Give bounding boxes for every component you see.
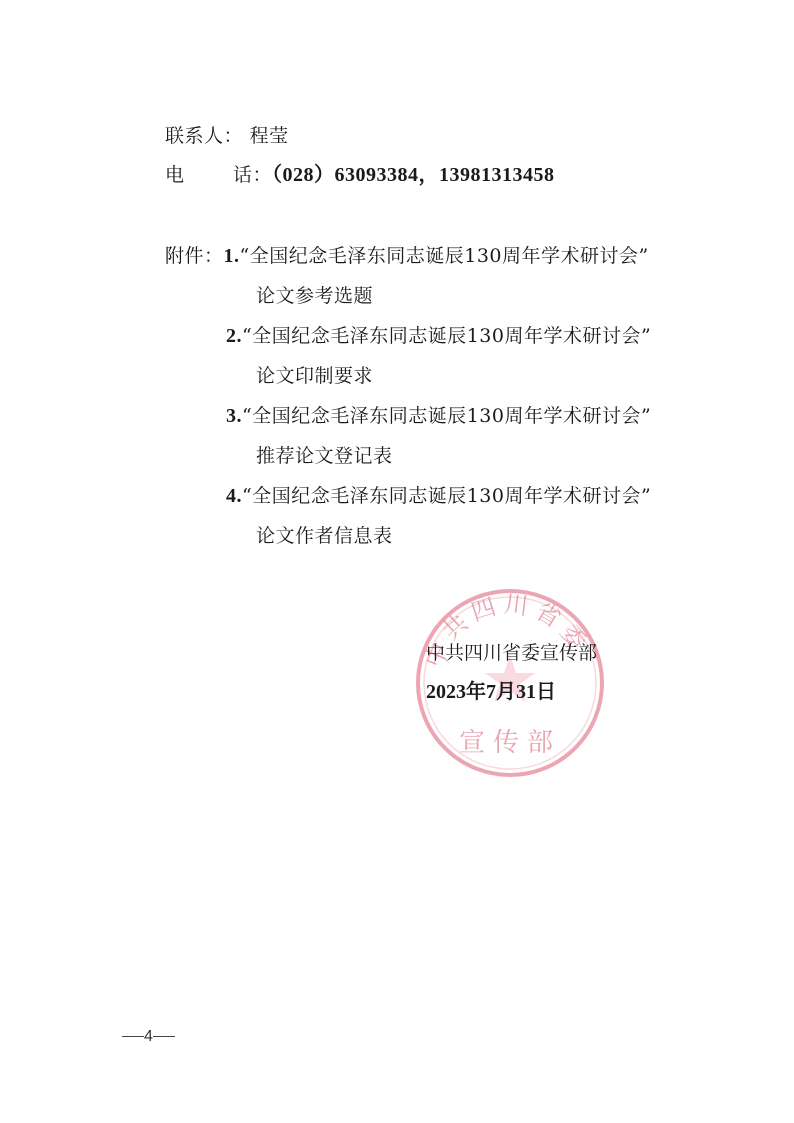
contact-name: 程莹 [250,125,289,147]
phone-area-code: （028） [272,164,335,186]
attachment-1-number: 1. [224,245,240,267]
attachment-3-number: 3. [226,405,242,427]
page-number: 4 [144,1028,153,1045]
phone-label-2: 话： [233,164,272,186]
attachment-2-subtitle: 论文印制要求 [256,365,373,387]
phone-label-1: 电 [165,163,233,187]
signature-date: 2023年7月31日 [426,680,556,704]
attachment-4-subtitle-line: 论文作者信息表 [256,524,393,548]
attachment-4-number: 4. [226,485,242,507]
signature-date-text: 2023年7月31日 [426,681,556,703]
attachment-1-title-line: 附件：1.“全国纪念毛泽东同志诞辰130周年学术研讨会” [165,244,649,268]
contact-label: 联系人： [165,124,243,148]
attachment-1-title: “全国纪念毛泽东同志诞辰130周年学术研讨会” [240,245,649,267]
attachment-2-number: 2. [226,325,242,347]
attachments-label: 附件： [165,245,224,267]
footer-dash-right [153,1036,175,1037]
page-footer: 4 [122,1028,175,1046]
attachment-3-subtitle: 推荐论文登记表 [256,445,393,467]
attachment-4-title-line: 4.“全国纪念毛泽东同志诞辰130周年学术研讨会” [226,484,651,508]
phone-numbers: 63093384，13981313458 [335,164,555,186]
attachment-2-subtitle-line: 论文印制要求 [256,364,373,388]
signature-organization: 中共四川省委宣传部 [426,641,597,665]
attachment-4-subtitle: 论文作者信息表 [256,525,393,547]
phone-line: 电话：（028）63093384，13981313458 [165,163,555,187]
attachment-1-subtitle: 论文参考选题 [256,285,373,307]
attachment-4-title: “全国纪念毛泽东同志诞辰130周年学术研讨会” [242,485,651,507]
attachment-3-subtitle-line: 推荐论文登记表 [256,444,393,468]
contact-line: 联系人： 程莹 [165,124,289,148]
seal-bottom-text: 宣传部 [459,728,561,758]
attachment-2-title-line: 2.“全国纪念毛泽东同志诞辰130周年学术研讨会” [226,324,651,348]
attachment-1-subtitle-line: 论文参考选题 [256,284,373,308]
attachment-2-title: “全国纪念毛泽东同志诞辰130周年学术研讨会” [242,325,651,347]
attachment-3-title-line: 3.“全国纪念毛泽东同志诞辰130周年学术研讨会” [226,404,651,428]
attachment-3-title: “全国纪念毛泽东同志诞辰130周年学术研讨会” [242,405,651,427]
footer-dash-left [122,1036,144,1037]
